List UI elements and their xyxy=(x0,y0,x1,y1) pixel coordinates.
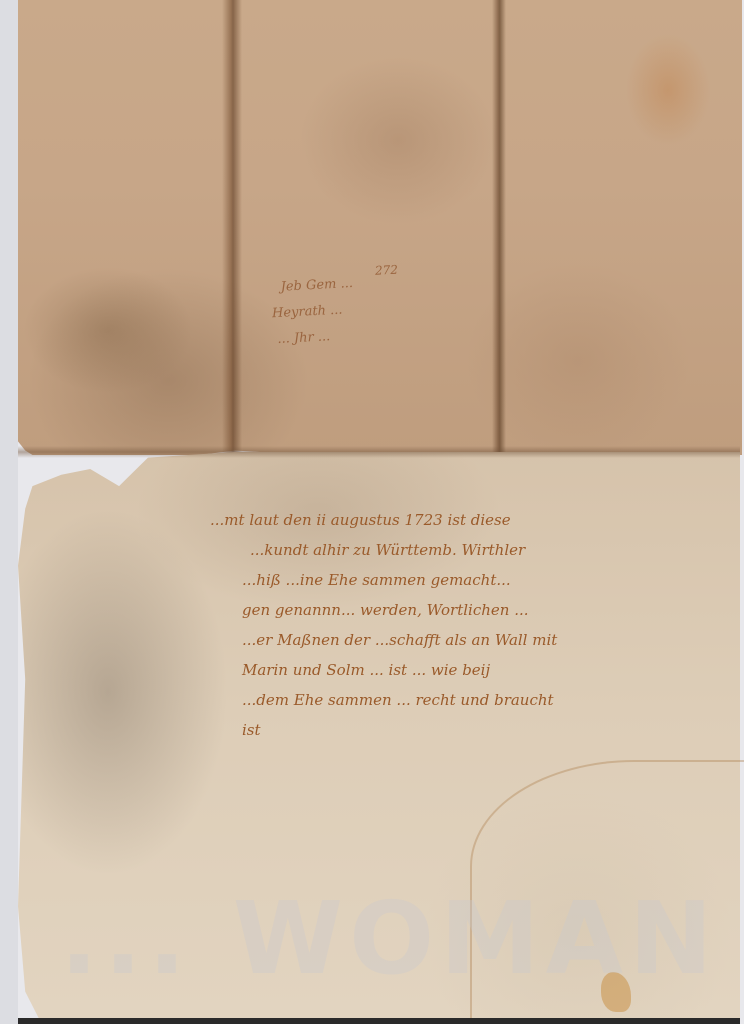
letter-line: ...dem Ehe sammen ... recht und braucht xyxy=(170,685,740,715)
letter-line: ...kundt alhir zu Württemb. Wirthler xyxy=(170,535,740,565)
watermark: ... WOMAN ... xyxy=(60,880,720,997)
letter-line: gen genannn... werden, Wortlichen ... xyxy=(170,595,740,625)
letter-line: Marin und Solm ... ist ... wie beij xyxy=(170,655,740,685)
endorsement-number: 272 xyxy=(374,257,398,284)
horizontal-fold xyxy=(18,446,740,458)
letter-line: ...er Maßnen der ...schafft als an Wall … xyxy=(170,625,740,655)
vertical-fold-left xyxy=(222,0,242,455)
scanner-edge xyxy=(0,0,18,1024)
upper-sheet xyxy=(18,0,742,455)
letter-body: ...mt laut den ii augustus 1723 ist dies… xyxy=(170,505,740,745)
vertical-fold-right xyxy=(492,0,506,455)
letter-line: ...mt laut den ii augustus 1723 ist dies… xyxy=(170,505,740,535)
letter-line: ...hiß ...ine Ehe sammen gemacht... xyxy=(170,565,740,595)
upper-endorsement: 272 Jeb Gem ... Heyrath ... ... Jhr ... xyxy=(260,264,484,353)
letter-line: ist xyxy=(170,715,740,745)
scan-bottom-edge xyxy=(18,1018,740,1024)
